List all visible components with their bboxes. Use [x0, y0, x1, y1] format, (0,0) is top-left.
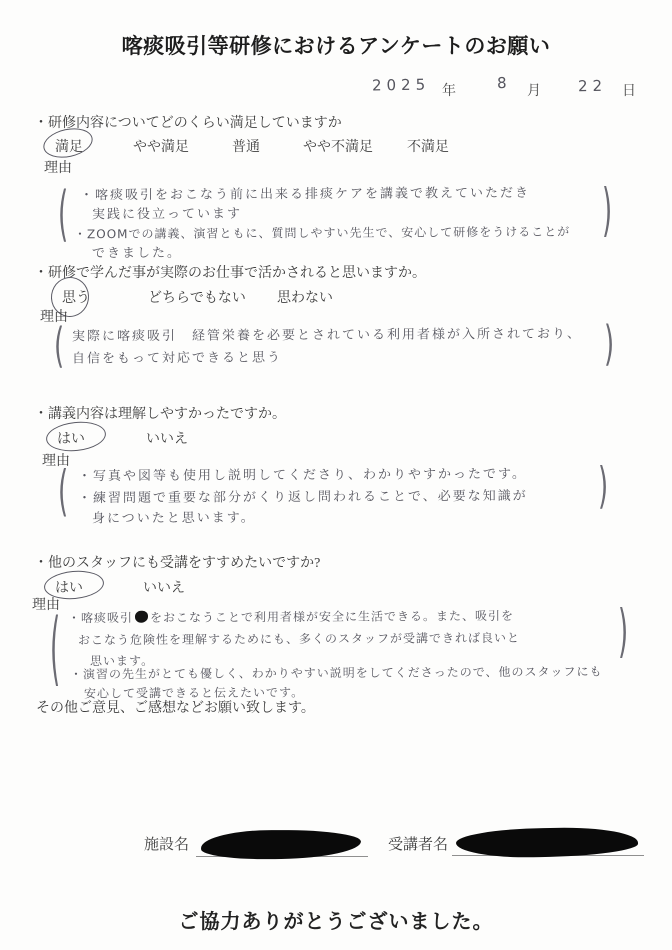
q1-reason-label: 理由: [44, 157, 72, 177]
date-year-unit: 年: [442, 80, 456, 100]
q3-reason-close-paren: [598, 459, 608, 516]
q3-reason-line-2: ・練習問題で重要な部分がくり返し問われることで、必要な知識が: [78, 485, 528, 506]
q1-reason-close-paren: [602, 179, 612, 245]
inline-redaction-blob: [135, 611, 148, 623]
q3-reason-open-paren: [58, 461, 68, 524]
q3-option-no: いいえ: [146, 428, 188, 448]
date-month-handwritten: 8: [497, 74, 512, 92]
question-2-text: ・研修で学んだ事が実際のお仕事で活かされると思いますか。: [34, 262, 426, 282]
q2-reason-open-paren: [54, 320, 64, 374]
other-comments-label: その他ご意見、ご感想などお願い致します。: [36, 697, 315, 717]
q4-reason-line-1-suffix: をおこなうことで利用者様が安全に生活できる。また、吸引を: [150, 609, 514, 625]
question-3-text: ・講義内容は理解しやすかったですか。: [34, 403, 286, 423]
q2-reason-close-paren: [604, 318, 614, 372]
date-day-unit: 日: [622, 80, 636, 100]
date-year-handwritten: 2025: [372, 75, 430, 94]
q2-option-dont-think-so: 思わない: [277, 287, 333, 307]
date-day-handwritten: 22: [578, 77, 607, 96]
q1-reason-line-1: ・喀痰吸引をおこなう前に出来る排痰ケアを講義で教えていただき: [80, 182, 530, 203]
q1-option-neutral: 普通: [232, 136, 260, 156]
date-month-unit: 月: [527, 80, 541, 100]
q2-reason-line-2: 自信をもって対応できると思う: [72, 346, 282, 366]
q1-reason-open-paren: [58, 181, 68, 250]
attendee-name-redaction: [456, 826, 638, 858]
q1-reason-line-4: できました。: [92, 242, 182, 261]
attendee-name-label: 受講者名: [388, 833, 448, 854]
question-4-text: ・他のスタッフにも受講をすすめたいですか?: [34, 552, 320, 572]
q1-reason-line-2: 実践に役立っています: [92, 203, 242, 223]
q3-reason-line-3: 身についたと思います。: [92, 507, 256, 527]
q4-reason-line-1: ・喀痰吸引をおこなうことで利用者様が安全に生活できる。また、吸引を: [68, 607, 514, 626]
q1-option-somewhat-satisfied: やや満足: [133, 136, 189, 156]
q1-option-somewhat-unsatisfied: やや不満足: [303, 136, 373, 156]
facility-name-label: 施設名: [144, 833, 189, 854]
closing-thanks-text: ご協力ありがとうございました。: [0, 905, 672, 934]
scanned-questionnaire-page: 喀痰吸引等研修におけるアンケートのお願い 2025 年 8 月 22 日 ・研修…: [0, 0, 672, 950]
q4-reason-line-4: ・演習の先生がとても優しく、わかりやすい説明をしてくださったので、他のスタッフに…: [70, 663, 603, 683]
q1-reason-line-3: ・ZOOMでの講義、演習ともに、質問しやすい先生で、安心して研修をうけることが: [74, 223, 570, 243]
q2-option-neither: どちらでもない: [148, 287, 246, 307]
q3-selected-circle-mark: [45, 419, 108, 454]
q1-option-unsatisfied: 不満足: [407, 136, 449, 156]
q4-reason-line-2: おこなう危険性を理解するためにも、多くのスタッフが受講できれば良いと: [78, 629, 520, 648]
q4-reason-open-paren: [50, 604, 60, 697]
page-title: 喀痰吸引等研修におけるアンケートのお願い: [0, 30, 672, 60]
q4-option-no: いいえ: [143, 577, 185, 597]
q4-reason-line-1-prefix: ・喀痰吸引: [68, 611, 133, 625]
q4-reason-close-paren: [618, 600, 628, 666]
q2-reason-line-1: 実際に喀痰吸引 経管栄養を必要とされている利用者様が入所されており、: [72, 323, 582, 345]
q3-reason-line-1: ・写真や図等も使用し説明してくださり、わかりやすかったです。: [78, 463, 527, 484]
